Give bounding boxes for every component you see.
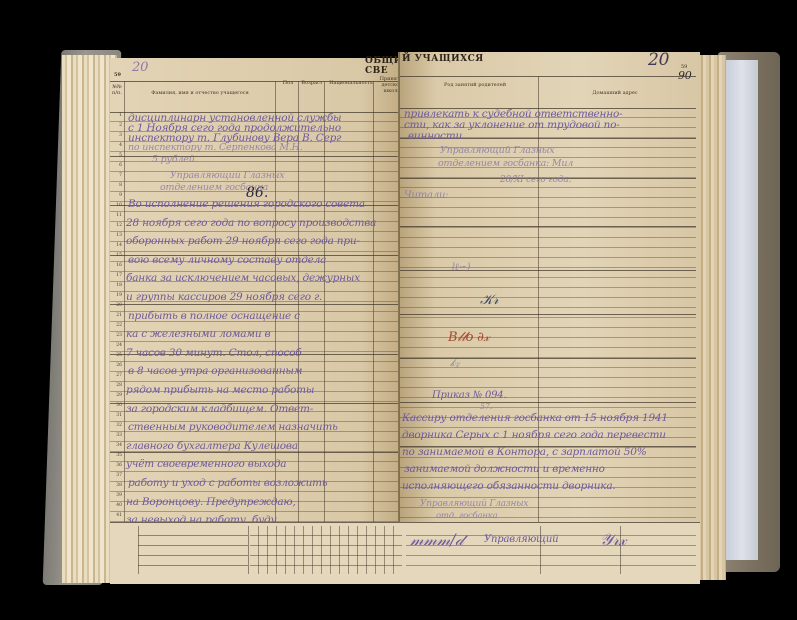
handwriting-line: и группы кассиров 29 ноября сего г. xyxy=(126,291,322,303)
col-header-name: Фамилия, имя и отчество учащегося xyxy=(130,90,270,96)
left-page: ОБЩИЕ СВЕ 59 20 №№ п/п. Фамилия, имя и о… xyxy=(110,58,405,583)
section-rule xyxy=(400,402,696,403)
underlying-page-strip: Управляющий 𝓂𝓂𝓂/𝒹 𝒴𝓇𝓍 xyxy=(110,522,700,584)
row-number: 18 xyxy=(112,283,122,288)
hand-page-number: 20 xyxy=(132,60,148,75)
row-number: 15 xyxy=(112,253,122,258)
handwriting-line: оборонных работ 29 ноября сего года при- xyxy=(126,235,360,247)
right-page-edges xyxy=(698,55,726,580)
strip-ruled-area xyxy=(138,526,248,574)
handwriting-line: на Воронцову. Предупреждаю, xyxy=(126,496,296,508)
row-number: 40 xyxy=(112,503,122,508)
signature-line: Управляющий Глазных xyxy=(440,145,554,156)
row-number: 13 xyxy=(112,233,122,238)
row-number: 9 xyxy=(112,193,122,198)
row-number: 33 xyxy=(112,433,122,438)
handwriting-line: по занимаемой в Контора, с зарплатой 50% xyxy=(402,446,647,458)
left-page-edges xyxy=(62,55,117,583)
row-number: 3 xyxy=(112,133,122,138)
row-number: 11 xyxy=(112,213,122,218)
row-number: 17 xyxy=(112,273,122,278)
row-number: 25 xyxy=(112,353,122,358)
signature-line: отд. госбанка xyxy=(436,511,498,521)
handwriting-line: Во исполнение решения городского совета xyxy=(128,198,365,210)
section-rule xyxy=(110,304,405,305)
row-number: 36 xyxy=(112,463,122,468)
row-number: 35 xyxy=(112,453,122,458)
right-page: Й УЧАЩИХСЯ 20 59 90 Род занятий родителе… xyxy=(400,52,700,582)
handwriting-line: занимаемой должности и временно xyxy=(404,463,605,475)
header-rule xyxy=(400,76,696,77)
row-number: 39 xyxy=(112,493,122,498)
blue-paper-insert xyxy=(726,60,758,560)
row-number: 1 xyxy=(112,113,122,118)
strip-grid xyxy=(250,526,402,574)
row-number: 29 xyxy=(112,393,122,398)
row-number: 28 xyxy=(112,383,122,388)
strip-signature-scribble: 𝓂𝓂𝓂/𝒹 xyxy=(410,530,463,550)
row-number: 21 xyxy=(112,313,122,318)
signature-line: Управляющий Глазных xyxy=(170,170,284,181)
handwriting-line: винности. xyxy=(408,130,465,142)
row-number: 41 xyxy=(112,513,122,518)
signature-grey-blue: 𝓀𝓏 xyxy=(450,358,460,369)
section-rule xyxy=(110,452,405,453)
handwriting-line: работу и уход с работы возложить xyxy=(128,477,327,489)
row-number: 7 xyxy=(112,173,122,178)
handwriting-line: Кассиру отделения госбанка от 15 ноября … xyxy=(402,412,668,424)
row-number: 20 xyxy=(112,303,122,308)
handwriting-line: вою всему личному составу отдела xyxy=(128,254,326,266)
order-label: Приказ № 094. xyxy=(432,390,506,401)
strip-signature-label: Управляющий xyxy=(484,534,558,545)
row-number: 16 xyxy=(112,263,122,268)
signature-red: 𝐵𝓁𝓁𝑜 ∂𝓍 xyxy=(448,330,490,345)
col-header-nationality: Национальность xyxy=(327,80,375,86)
row-number: 24 xyxy=(112,343,122,348)
row-number: 32 xyxy=(112,423,122,428)
row-number: 37 xyxy=(112,473,122,478)
col-header-age: Возраст xyxy=(300,80,324,86)
handwriting-line: дворника Серых с 1 ноября сего года пере… xyxy=(402,429,666,441)
handwriting-line: 7 часов 30 минут. Стол, способ xyxy=(126,347,302,359)
handwriting-line: по инспектору т. Серпенкова М.Н. xyxy=(128,142,303,153)
strip-edge xyxy=(110,522,700,523)
strip-signature-scribble: 𝒴𝓇𝓍 xyxy=(600,530,626,550)
row-number: 34 xyxy=(112,443,122,448)
handwriting-line: главного бухгалтера Кулешова xyxy=(126,440,298,452)
row-number: 38 xyxy=(112,483,122,488)
handwriting-line: исполняющего обязанности дворника. xyxy=(402,480,616,492)
handwriting-line: за городским кладбищем. Ответ- xyxy=(126,403,313,415)
row-number: 19 xyxy=(112,293,122,298)
col-header-home-address: Домашний адрес xyxy=(550,90,680,96)
signature-violet: ⌇ℓ∽⟩ xyxy=(450,262,471,273)
row-number: 30 xyxy=(112,403,122,408)
row-number: 22 xyxy=(112,323,122,328)
row-number: 5 xyxy=(112,153,122,158)
print-page-number: 59 xyxy=(114,72,121,78)
handwriting-line: 28 ноября сего года по вопросу производс… xyxy=(126,217,376,229)
handwriting-line: прибыть в полное оснащение с xyxy=(128,310,300,322)
col-header-parents-occupation: Род занятий родителей xyxy=(420,82,530,88)
signature-line: отделением госбанка: Мил xyxy=(438,158,573,169)
read-label: Читали: xyxy=(404,190,448,201)
row-number: 23 xyxy=(112,333,122,338)
row-number: 4 xyxy=(112,143,122,148)
page-title-right: Й УЧАЩИХСЯ xyxy=(402,54,484,64)
row-number: 31 xyxy=(112,413,122,418)
handwriting-line: рядом прибыть на место работы xyxy=(126,384,314,396)
strip-divider xyxy=(248,526,249,574)
section-rule xyxy=(400,270,696,271)
section-rule xyxy=(400,314,696,315)
section-rule xyxy=(400,358,696,359)
handwriting-line: ка с железными ломами в xyxy=(126,328,270,340)
date-note: 28/XI сего года. xyxy=(500,175,571,185)
handwriting-line: банка за исключением часовых, дежурных xyxy=(126,272,360,284)
row-number: 10 xyxy=(112,203,122,208)
row-number: 26 xyxy=(112,363,122,368)
section-rule xyxy=(400,226,696,227)
handwriting-line: учёт своевременного выхода xyxy=(126,458,286,470)
row-number: 8 xyxy=(112,183,122,188)
handwriting-line: 5 рублей. xyxy=(152,154,197,165)
signature-line: Управляющий Глазных xyxy=(420,499,528,509)
handwriting-line: ственным руководителем назначить xyxy=(128,421,338,433)
row-number: 27 xyxy=(112,373,122,378)
col-header-sex: Пол xyxy=(278,80,298,86)
row-number: 6 xyxy=(112,163,122,168)
row-number: 2 xyxy=(112,123,122,128)
row-number: 14 xyxy=(112,243,122,248)
strip-divider xyxy=(138,526,139,574)
order-sub-number: 57. xyxy=(480,402,492,411)
handwriting-line: в 8 часов утра организованным xyxy=(128,365,302,377)
row-number: 12 xyxy=(112,223,122,228)
col-header-number: №№ п/п. xyxy=(111,84,123,96)
hand-page-number: 20 xyxy=(648,50,669,70)
signature-blue: 𝒦𝓇 xyxy=(480,292,498,308)
